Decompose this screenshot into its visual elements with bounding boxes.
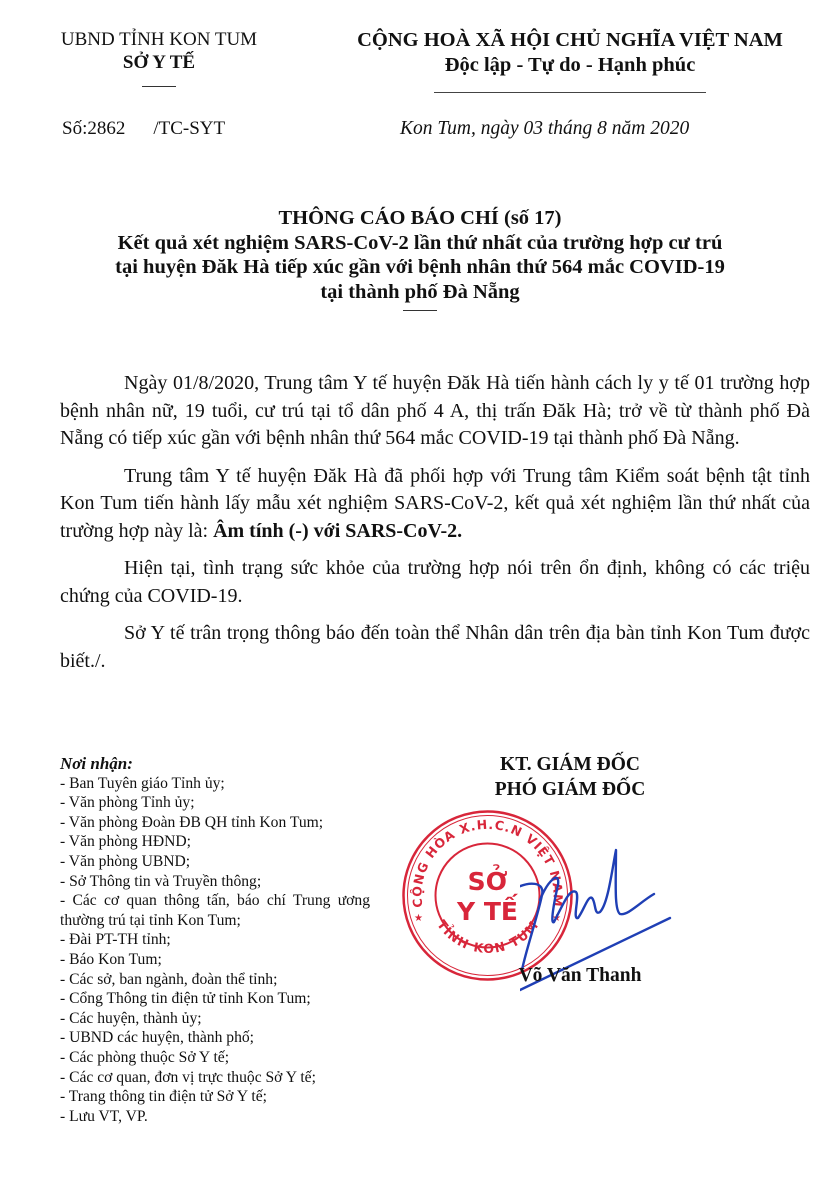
divider (142, 86, 176, 87)
title-heading: THÔNG CÁO BÁO CHÍ (số 17) (60, 206, 780, 231)
recipient-item: - Đài PT-TH tỉnh; (60, 930, 370, 950)
title-line: Kết quả xét nghiệm SARS-CoV-2 lần thứ nh… (60, 231, 780, 256)
signatory-line-1: KT. GIÁM ĐỐC (450, 752, 690, 777)
svg-text:SỞ: SỞ (468, 863, 508, 896)
test-result: Âm tính (-) với SARS-CoV-2. (213, 520, 462, 542)
country-name: CỘNG HOÀ XÃ HỘI CHỦ NGHĨA VIỆT NAM (320, 28, 820, 53)
recipient-item: - Văn phòng Đoàn ĐB QH tỉnh Kon Tum; (60, 813, 370, 833)
place-date: Kon Tum, ngày 03 tháng 8 năm 2020 (400, 118, 689, 140)
recipient-item: - Các phòng thuộc Sở Y tế; (60, 1048, 370, 1068)
title-line: tại thành phố Đà Nẵng (60, 280, 780, 305)
paragraph: Sở Y tế trân trọng thông báo đến toàn th… (60, 620, 810, 675)
recipient-item: - Các cơ quan thông tấn, báo chí Trung ư… (60, 891, 370, 930)
recipient-item: - Các huyện, thành ủy; (60, 1009, 370, 1029)
recipient-item: - UBND các huyện, thành phố; (60, 1028, 370, 1048)
divider (434, 92, 706, 93)
divider (403, 310, 437, 311)
motto: Độc lập - Tự do - Hạnh phúc (320, 53, 820, 78)
recipient-item: - Ban Tuyên giáo Tỉnh ủy; (60, 774, 370, 794)
recipient-item: - Cổng Thông tin điện tử tỉnh Kon Tum; (60, 989, 370, 1009)
signatory-title: KT. GIÁM ĐỐC PHÓ GIÁM ĐỐC (450, 752, 690, 802)
recipient-item: - Trang thông tin điện tử Sở Y tế; (60, 1087, 370, 1107)
issuing-authority-block: UBND TỈNH KON TUM SỞ Y TẾ (20, 28, 298, 87)
authority-name: UBND TỈNH KON TUM (20, 28, 298, 51)
paragraph: Ngày 01/8/2020, Trung tâm Y tế huyện Đăk… (60, 370, 810, 453)
recipient-item: - Văn phòng Tỉnh ủy; (60, 793, 370, 813)
department-name: SỞ Y TẾ (20, 51, 298, 74)
doc-number-suffix: /TC-SYT (153, 118, 225, 139)
press-release-title: THÔNG CÁO BÁO CHÍ (số 17) Kết quả xét ng… (60, 206, 780, 311)
recipient-item: - Lưu VT, VP. (60, 1107, 370, 1127)
recipient-item: - Văn phòng UBND; (60, 852, 370, 872)
signer-name: Võ Văn Thanh (470, 965, 690, 987)
document-number: Số:2862/TC-SYT (62, 118, 225, 140)
recipients-list: Nơi nhận: - Ban Tuyên giáo Tỉnh ủy;- Văn… (60, 754, 370, 1126)
svg-text:★: ★ (414, 913, 423, 924)
recipient-item: - Các cơ quan, đơn vị trực thuộc Sở Y tế… (60, 1068, 370, 1088)
recipient-item: - Văn phòng HĐND; (60, 832, 370, 852)
recipients-label: Nơi nhận: (60, 754, 370, 774)
signatory-line-2: PHÓ GIÁM ĐỐC (450, 777, 690, 802)
title-line: tại huyện Đăk Hà tiếp xúc gần với bệnh n… (60, 255, 780, 280)
doc-number-label: Số:2862 (62, 118, 125, 139)
recipient-item: - Báo Kon Tum; (60, 950, 370, 970)
recipient-item: - Các sở, ban ngành, đoàn thể tỉnh; (60, 970, 370, 990)
document-body: Ngày 01/8/2020, Trung tâm Y tế huyện Đăk… (60, 370, 810, 685)
national-title-block: CỘNG HOÀ XÃ HỘI CHỦ NGHĨA VIỆT NAM Độc l… (320, 28, 820, 93)
svg-text:Y TẾ: Y TẾ (456, 893, 519, 926)
paragraph: Hiện tại, tình trạng sức khỏe của trường… (60, 555, 810, 610)
paragraph: Trung tâm Y tế huyện Đăk Hà đã phối hợp … (60, 463, 810, 546)
recipient-item: - Sở Thông tin và Truyền thông; (60, 872, 370, 892)
